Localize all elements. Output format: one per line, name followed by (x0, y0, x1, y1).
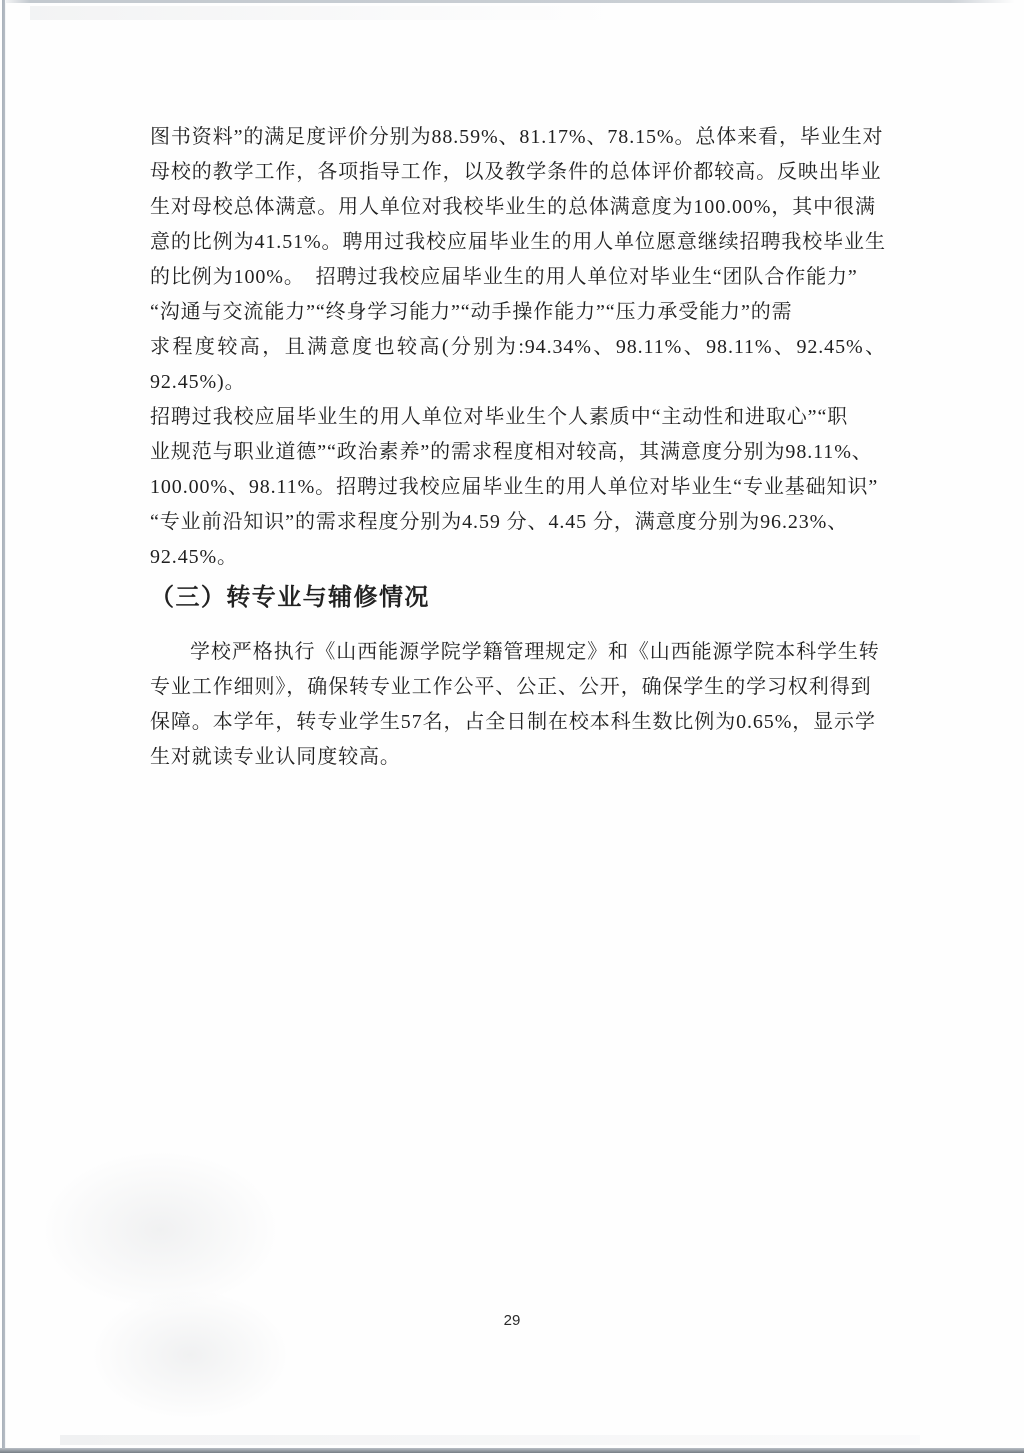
scanned-document-page: 图书资料”的满足度评价分别为88.59%、81.17%、78.15%。总体来看，… (0, 0, 1024, 1453)
scan-smudge (40, 1150, 280, 1310)
scan-edge-top (0, 0, 1024, 3)
text-line: 92.45%。 (150, 540, 886, 575)
scan-smudge (90, 1290, 290, 1420)
page-number: 29 (0, 1312, 1024, 1329)
text-line: “专业前沿知识”的需求程度分别为4.59 分、4.45 分，满意度分别为96.2… (150, 505, 886, 540)
text-line: 生对母校总体满意。用人单位对我校毕业生的总体满意度为100.00%，其中很满 (150, 190, 886, 225)
scan-edge-bottom (0, 1448, 1024, 1453)
text-line: 学校严格执行《山西能源学院学籍管理规定》和《山西能源学院本科学生转 (150, 635, 886, 670)
text-line: 招聘过我校应届毕业生的用人单位对毕业生个人素质中“主动性和进取心”“职 (150, 400, 886, 435)
text-line: “沟通与交流能力”“终身学习能力”“动手操作能力”“压力承受能力”的需 (150, 295, 886, 330)
section-heading-major-transfer: （三）转专业与辅修情况 (150, 581, 886, 615)
text-line: 母校的教学工作，各项指导工作，以及教学条件的总体评价都较高。反映出毕业 (150, 155, 886, 190)
paragraph-employer-satisfaction: 图书资料”的满足度评价分别为88.59%、81.17%、78.15%。总体来看，… (150, 120, 886, 575)
text-line: 专业工作细则》，确保转专业工作公平、公正、公开，确保学生的学习权利得到 (150, 670, 886, 705)
scan-smudge (60, 1435, 920, 1445)
text-line: 求程度较高，且满意度也较高(分别为:94.34%、98.11%、98.11%、9… (150, 330, 886, 400)
text-line: 生对就读专业认同度较高。 (150, 740, 886, 775)
text-line: 图书资料”的满足度评价分别为88.59%、81.17%、78.15%。总体来看，… (150, 120, 886, 155)
scan-edge-left (0, 0, 6, 1453)
scan-smudge (30, 6, 630, 20)
text-line: 100.00%、98.11%。招聘过我校应届毕业生的用人单位对毕业生“专业基础知… (150, 470, 886, 505)
paragraph-major-transfer: 学校严格执行《山西能源学院学籍管理规定》和《山西能源学院本科学生转专业工作细则》… (150, 635, 886, 775)
text-line: 业规范与职业道德”“政治素养”的需求程度相对较高，其满意度分别为98.11%、 (150, 435, 886, 470)
text-line: 意的比例为41.51%。聘用过我校应届毕业生的用人单位愿意继续招聘我校毕业生 (150, 225, 886, 260)
text-line: 的比例为100%。 招聘过我校应届毕业生的用人单位对毕业生“团队合作能力” (150, 260, 886, 295)
text-line: 保障。本学年，转专业学生57名，占全日制在校本科生数比例为0.65%，显示学 (150, 705, 886, 740)
document-body: 图书资料”的满足度评价分别为88.59%、81.17%、78.15%。总体来看，… (150, 120, 886, 775)
